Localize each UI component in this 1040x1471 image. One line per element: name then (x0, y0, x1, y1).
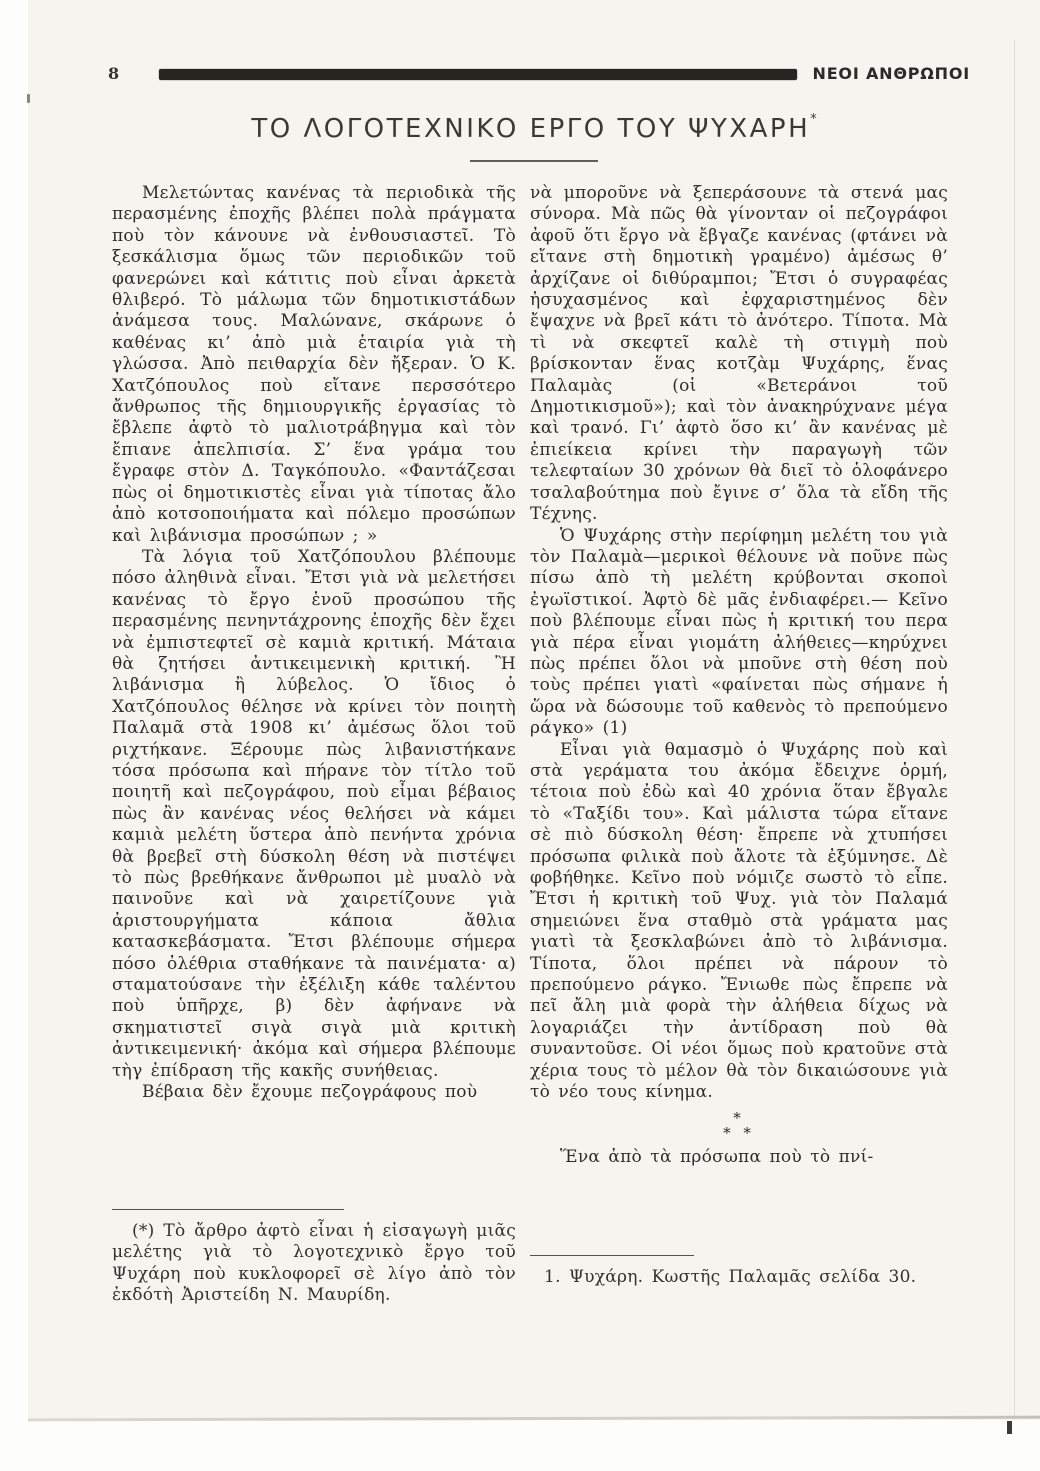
asterisk-bottom: * * (530, 1126, 948, 1141)
title-underline-rule (470, 160, 598, 162)
paragraph: Μελετώντας κανένας τὰ περιοδικὰ τῆς περα… (112, 183, 516, 547)
left-footnote-block: (*) Τὸ ἄρθρο ἀφτὸ εἶναι ἡ εἰσαγωγὴ μιᾶς … (112, 1209, 516, 1307)
article-title: ΤΟ ΛΟΓΟΤΕΧΝΙΚΟ ΕΡΓΟ ΤΟΥ ΨΥΧΑΡΗ* (28, 112, 1040, 144)
left-column: Μελετώντας κανένας τὰ περιοδικὰ τῆς περα… (112, 183, 516, 1423)
right-footnote-block: 1. Ψυχάρη. Κωστῆς Παλαμᾶς σελίδα 30. (530, 1255, 948, 1288)
footnote-text: 1. Ψυχάρη. Κωστῆς Παλαμᾶς σελίδα 30. (530, 1267, 948, 1288)
asterisk-section-separator: * * * (530, 1111, 948, 1141)
footnote-text: (*) Τὸ ἄρθρο ἀφτὸ εἶναι ἡ εἰσαγωγὴ μιᾶς … (112, 1221, 516, 1307)
article-title-block: ΤΟ ΛΟΓΟΤΕΧΝΙΚΟ ΕΡΓΟ ΤΟΥ ΨΥΧΑΡΗ* (28, 112, 1040, 162)
page-edge-shadow (1014, 40, 1015, 1420)
masthead-title: ΝΕΟΙ ΑΝΘΡΩΠΟΙ (813, 66, 971, 82)
paragraph: Εἶναι γιὰ θαμασμὸ ὁ Ψυχάρης ποὺ καὶ στὰ … (530, 740, 948, 1104)
article-title-text: ΤΟ ΛΟΓΟΤΕΧΝΙΚΟ ΕΡΓΟ ΤΟΥ ΨΥΧΑΡΗ (251, 114, 810, 144)
paragraph-continuation: νὰ μποροῦνε νὰ ξεπεράσουνε τὰ στενά μας … (530, 183, 948, 526)
footnote-separator-rule (112, 1209, 344, 1210)
footnote-separator-rule (530, 1255, 694, 1256)
paragraph: Τὰ λόγια τοῦ Χατζόπουλου βλέπουμε πόσο ἀ… (112, 547, 516, 1082)
right-column: νὰ μποροῦνε νὰ ξεπεράσουνε τὰ στενά μας … (530, 183, 948, 1423)
paragraph: Ἕνα ἀπὸ τὰ πρόσωπα ποὺ τὸ πνί- (530, 1147, 948, 1168)
scan-corner-mark (1007, 1421, 1012, 1434)
title-footnote-asterisk: * (810, 112, 817, 127)
page-header: 8 ΝΕΟΙ ΑΝΘΡΩΠΟΙ (108, 62, 970, 86)
page-number: 8 (108, 66, 119, 82)
paragraph: Ὁ Ψυχάρης στὴν περίφημη μελέτη του γιὰ τ… (530, 526, 948, 740)
scan-speck (27, 94, 30, 103)
header-rule-bar (159, 69, 796, 80)
paragraph: Βέβαια δὲν ἔχουμε πεζογράφους ποὺ (112, 1082, 516, 1103)
article-body: Μελετώντας κανένας τὰ περιοδικὰ τῆς περα… (112, 183, 948, 1423)
